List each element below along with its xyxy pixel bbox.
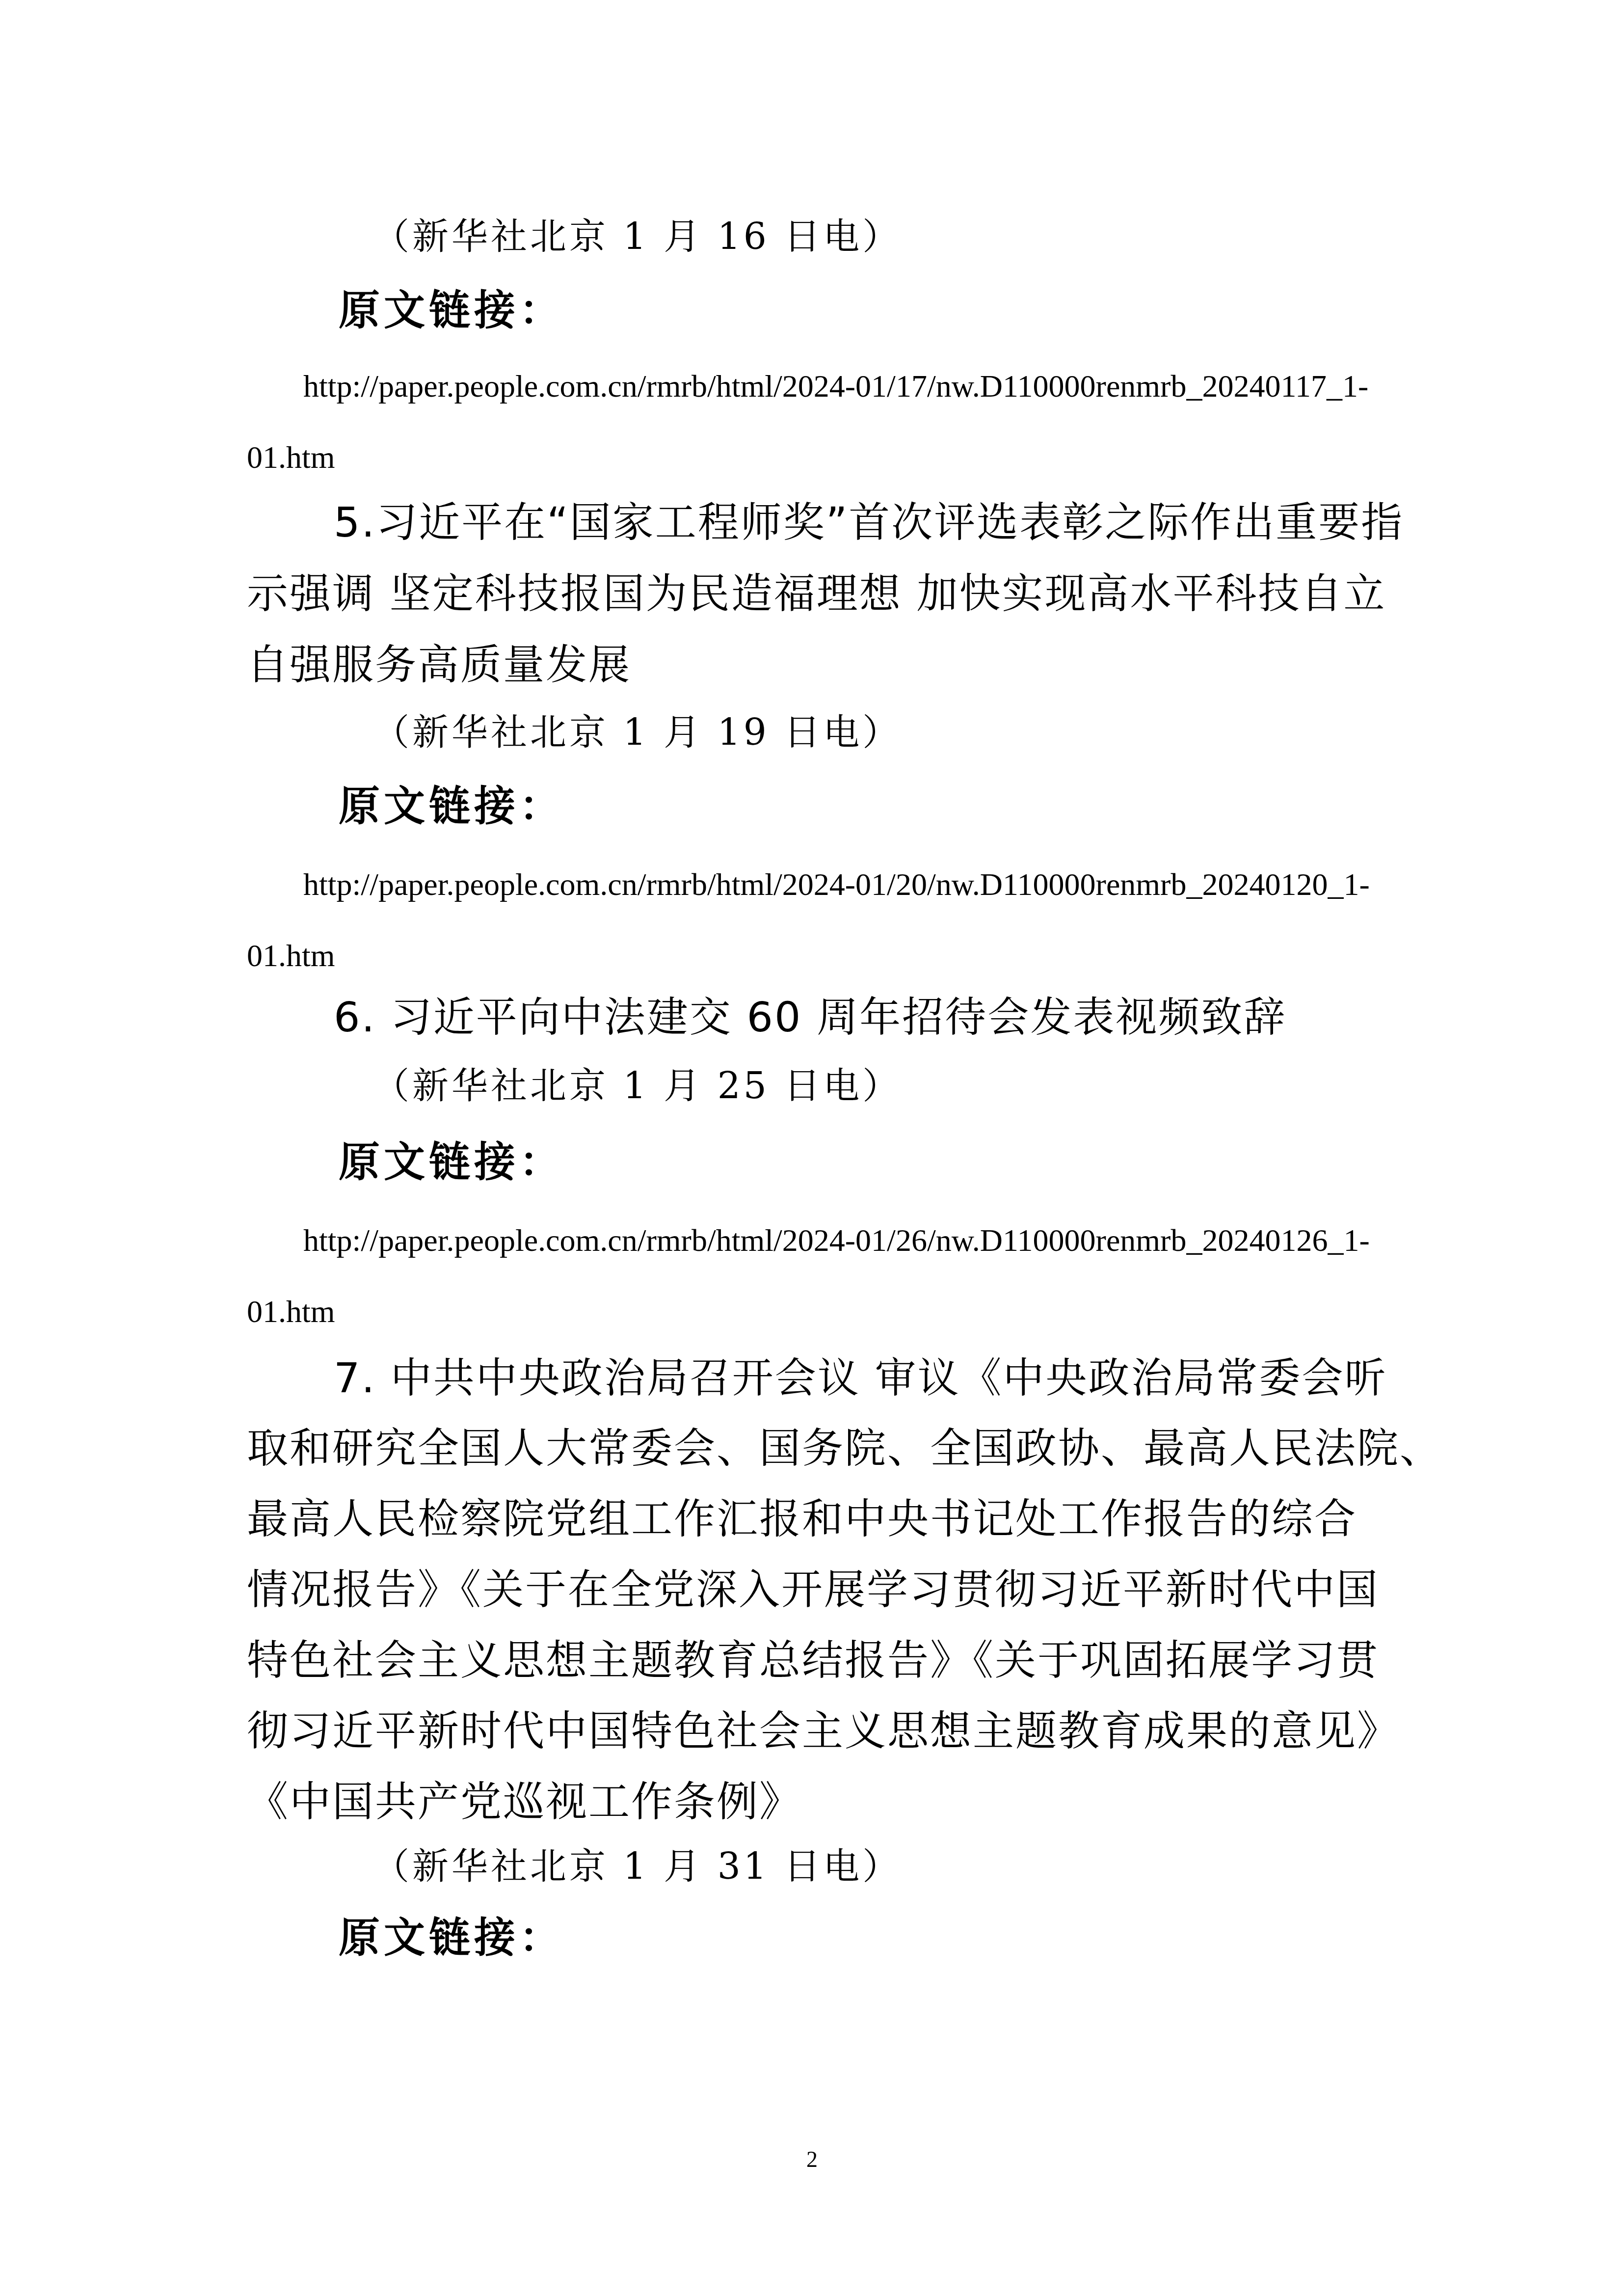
source-line: （新华社北京 1 月 31 日电） [373, 1848, 902, 1885]
article-link[interactable]: http://paper.people.com.cn/rmrb/html/202… [303, 1225, 1370, 1256]
original-link-label: 原文链接： [339, 1917, 564, 1958]
item-title: 7. 中共中央政治局召开会议 审议《中央政治局常委会听 [334, 1357, 1387, 1399]
item-title: 自强服务高质量发展 [247, 644, 631, 685]
original-link-label: 原文链接： [339, 290, 564, 331]
page-number: 2 [806, 2146, 818, 2172]
item-title: 示强调 坚定科技报国为民造福理想 加快实现高水平科技自立 [247, 573, 1386, 614]
article-link-continued[interactable]: 01.htm [247, 442, 335, 473]
article-link-continued[interactable]: 01.htm [247, 940, 335, 972]
item-title: 最高人民检察院党组工作汇报和中央书记处工作报告的综合 [247, 1498, 1357, 1540]
item-title: 彻习近平新时代中国特色社会主义思想主题教育成果的意见》 [247, 1710, 1400, 1752]
source-line: （新华社北京 1 月 19 日电） [373, 714, 902, 751]
item-title: 特色社会主义思想主题教育总结报告》《关于巩固拓展学习贯 [247, 1640, 1379, 1681]
original-link-label: 原文链接： [339, 785, 564, 827]
source-line: （新华社北京 1 月 16 日电） [373, 218, 902, 255]
item-title: 6. 习近平向中法建交 60 周年招待会发表视频致辞 [334, 997, 1286, 1038]
source-line: （新华社北京 1 月 25 日电） [373, 1068, 902, 1104]
article-link-continued[interactable]: 01.htm [247, 1296, 335, 1327]
article-link[interactable]: http://paper.people.com.cn/rmrb/html/202… [303, 869, 1370, 900]
original-link-label: 原文链接： [339, 1141, 564, 1183]
item-title: 《中国共产党巡视工作条例》 [247, 1781, 802, 1822]
item-title: 5.习近平在“国家工程师奖”首次评选表彰之际作出重要指 [334, 502, 1404, 543]
article-link[interactable]: http://paper.people.com.cn/rmrb/html/202… [303, 371, 1368, 402]
item-title: 取和研究全国人大常委会、国务院、全国政协、最高人民法院、 [247, 1428, 1442, 1469]
item-title: 情况报告》《关于在全党深入开展学习贯彻习近平新时代中国 [247, 1569, 1379, 1610]
